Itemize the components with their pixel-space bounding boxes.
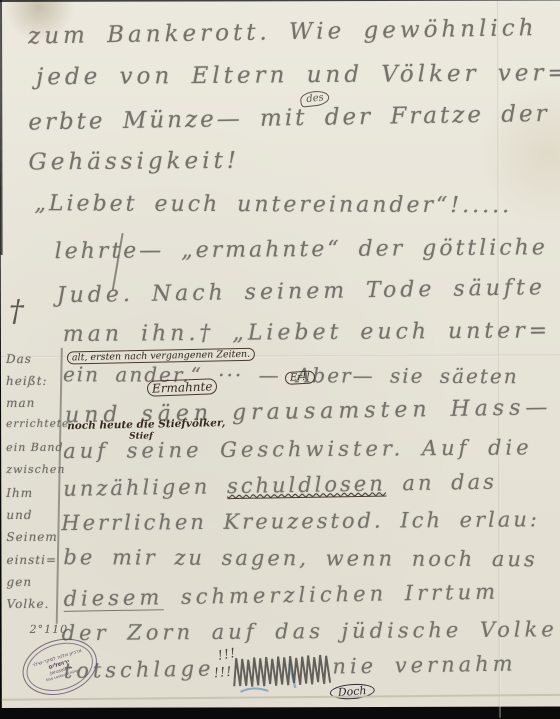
margin-note-word: Volke. (7, 597, 50, 611)
manuscript-line: be mir zu sagen, wenn noch aus (63, 545, 537, 571)
manuscript-line: diesem schmerzlichen Irrtum (63, 580, 499, 611)
manuscript-line: Gehässigkeit! (28, 148, 240, 176)
archive-number: 2°110 (30, 623, 69, 636)
scan-edge-left (0, 0, 3, 255)
paper-sheet: zum Bankerott. Wie gewöhnlich jede von E… (0, 0, 560, 708)
line-text: an das (386, 470, 498, 496)
manuscript-line: Herrlichen Kreuzestod. Ich erlau: (61, 507, 540, 535)
paper-torn-edge (2, 694, 560, 701)
margin-divider-line (56, 348, 63, 624)
manuscript-line: lehrte— „ermahnte“ der göttliche (55, 235, 548, 264)
margin-note-word: heißt: (6, 374, 48, 388)
manuscript-line: Jude. Nach seinem Tode säufte (57, 275, 547, 308)
margin-note-word: ein Band (6, 441, 63, 454)
margin-note-word: errichtete (6, 418, 69, 430)
margin-note-word: man (6, 396, 35, 410)
margin-note-word: Das (6, 352, 32, 366)
manuscript-line: „Liebet euch untereinander“!..... (34, 191, 512, 218)
line-text: nie vernahm (332, 651, 517, 678)
ink-annotation: Stief (129, 432, 153, 442)
line-text: schmerzlichen Irrtum (163, 580, 499, 610)
ink-annotation: noch heute die Stiefvölker, (67, 417, 225, 432)
manuscript-line: jede von Eltern und Völker ver= (36, 60, 560, 90)
line-text: unzähligen (63, 474, 227, 501)
manuscript-line: erbte Münze— mit der Fratze der (28, 101, 550, 136)
margin-note-word: zwischen (6, 463, 65, 476)
margin-note-word: Seinem (6, 530, 57, 544)
manuscript-line: man ihn.† „Liebet euch unter= (63, 318, 552, 347)
exclamation-marks: !!! (213, 664, 233, 681)
scribble-strikethrough (231, 650, 344, 696)
margin-note-word: gen (7, 575, 33, 589)
margin-cross-mark: † (9, 294, 24, 329)
boxed-ink-annotation: Er!! (285, 370, 316, 385)
manuscript-line: unzähligen schuldlosen an das (63, 470, 497, 501)
library-stamp: ארכיון אלזה לסקר-שילר ירושלים Jerusalem … (15, 630, 104, 704)
margin-note-word: einsti= (6, 553, 57, 567)
boxed-ink-annotation: Ermahnte (147, 378, 218, 397)
scanned-manuscript-page: zum Bankerott. Wie gewöhnlich jede von E… (0, 0, 560, 719)
manuscript-line: zum Bankerott. Wie gewöhnlich (28, 15, 538, 49)
manuscript-line: der Zorn auf das jüdische Volke (62, 617, 558, 645)
boxed-ink-annotation: alt, ersten nach vergangenen Zeiten. (67, 348, 255, 365)
scan-edge-top (0, 0, 560, 2)
pencil-underlined-word: diesem (63, 585, 163, 612)
ink-underlined-word: schuldlosen (227, 472, 386, 500)
margin-note-word: Ihm (6, 486, 33, 500)
margin-note-word: und (6, 508, 32, 522)
